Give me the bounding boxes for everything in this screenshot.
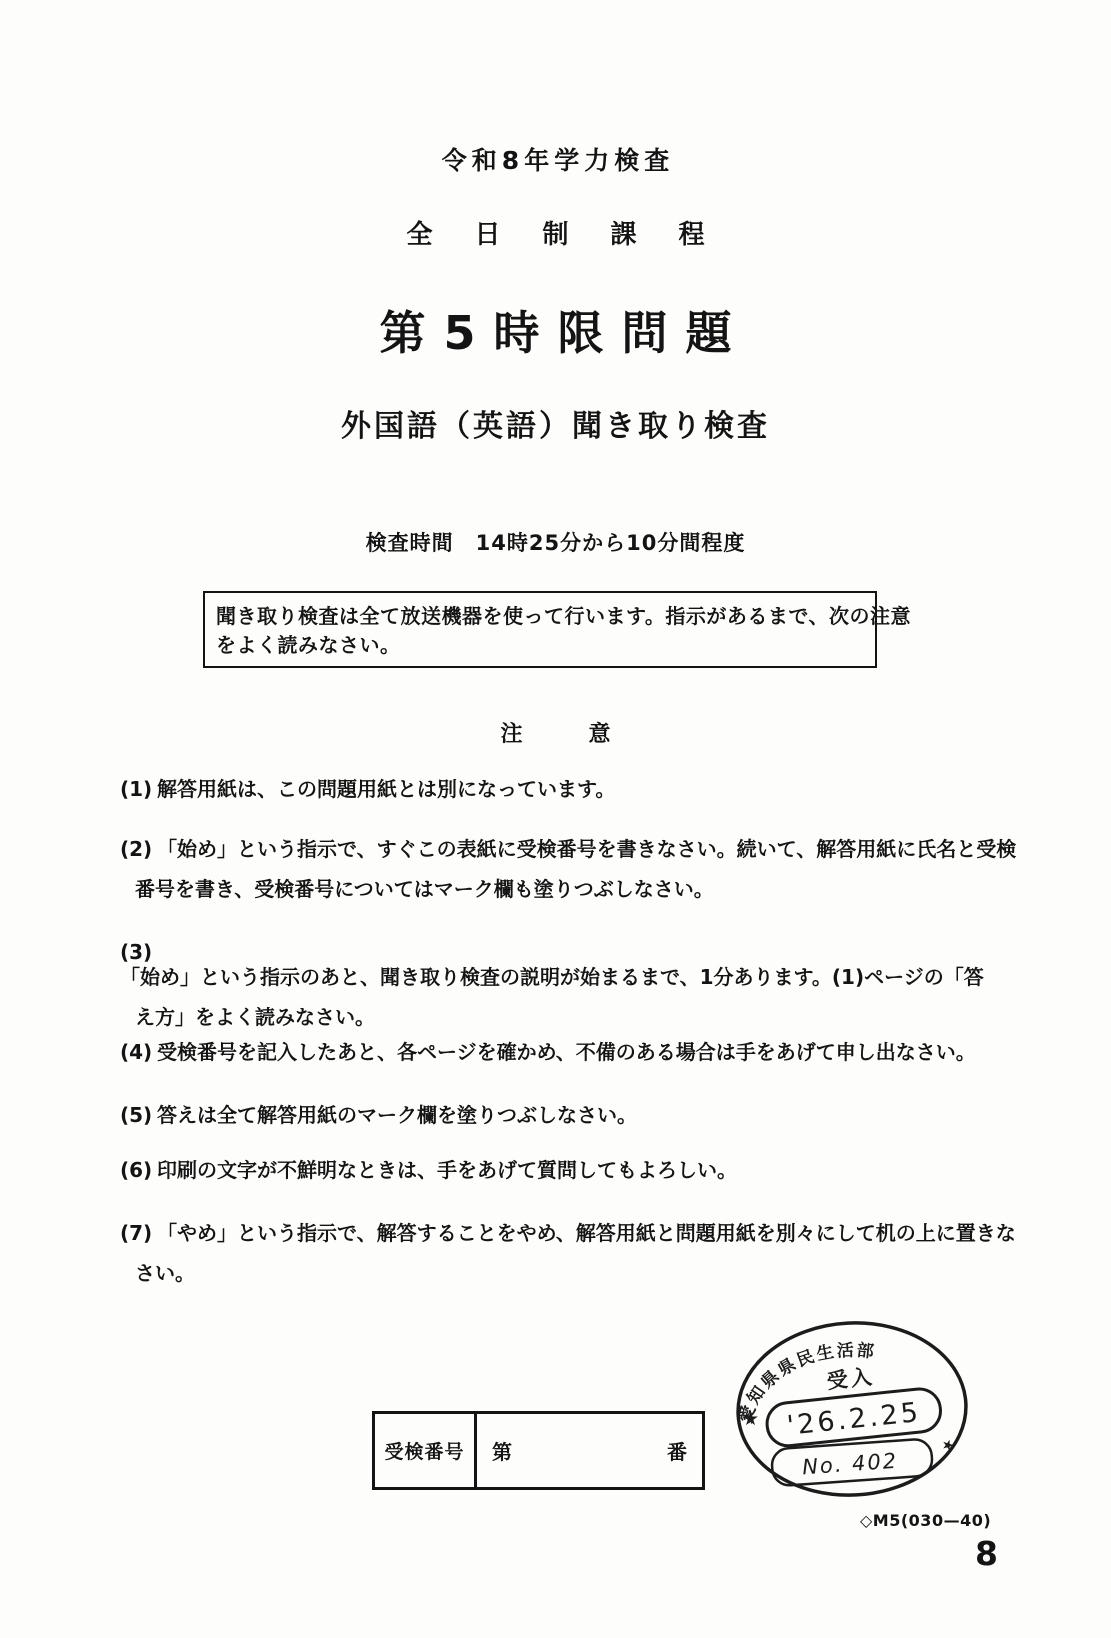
item-text: 解答用紙は、この問題用紙とは別になっています。 — [157, 777, 615, 801]
exam-number-suffix: 番 — [667, 1436, 687, 1465]
title-period: 第5時限問題 — [0, 297, 1111, 363]
title-year: 令和8年学力検査 — [0, 141, 1111, 177]
receipt-stamp: 愛知県県民生活部 ★ ★ 受入 '26.2.25 No. 402 — [728, 1310, 976, 1508]
notice-line-2: をよく読みなさい。 — [216, 631, 864, 660]
item-number: (7) — [120, 1221, 157, 1246]
notice-box: 聞き取り検査は全て放送機器を使って行います。指示があるまで、次の注意 をよく読み… — [203, 591, 877, 668]
item-number: (5) — [120, 1103, 157, 1128]
exam-number-field: 第 番 — [477, 1414, 702, 1487]
title-subject: 外国語（英語）聞き取り検査 — [0, 401, 1111, 445]
caution-item-6: (6)印刷の文字が不鮮明なときは、手をあげて質問してもよろしい。 — [120, 1158, 1020, 1183]
exam-number-prefix: 第 — [492, 1436, 512, 1465]
exam-number-label: 受検番号 — [375, 1414, 477, 1487]
stamp-received-label: 受入 — [826, 1365, 876, 1394]
star-icon: ★ — [742, 1408, 759, 1430]
star-icon: ★ — [939, 1436, 956, 1455]
caution-item-2: (2)「始め」という指示で、すぐこの表紙に受検番号を書きなさい。続いて、解答用紙… — [120, 837, 1020, 902]
caution-item-4: (4)受検番号を記入したあと、各ページを確かめ、不備のある場合は手をあげて申し出… — [120, 1040, 1020, 1065]
title-course: 全日制課程 — [0, 214, 1111, 251]
caution-heading: 注 意 — [0, 717, 1111, 748]
item-number: (1) — [120, 777, 157, 802]
exam-time-line: 検査時間 14時25分から10分間程度 — [0, 527, 1111, 557]
caution-item-1: (1)解答用紙は、この問題用紙とは別になっています。 — [120, 777, 1020, 802]
item-number: (4) — [120, 1040, 157, 1065]
item-number: (6) — [120, 1158, 157, 1183]
caution-item-3: (3)「始め」という指示のあと、聞き取り検査の説明が始まるまで、1分あります。(… — [120, 940, 1020, 1030]
stamp-number: No. 402 — [801, 1449, 898, 1480]
caution-item-5: (5)答えは全て解答用紙のマーク欄を塗りつぶしなさい。 — [120, 1103, 1020, 1128]
item-text: 「始め」という指示で、すぐこの表紙に受検番号を書きなさい。続いて、解答用紙に氏名… — [157, 837, 1016, 861]
item-text: 答えは全て解答用紙のマーク欄を塗りつぶしなさい。 — [157, 1103, 637, 1127]
item-text-continued: さい。 — [135, 1261, 1020, 1286]
page-number: 8 — [975, 1534, 998, 1573]
item-number: (3) — [120, 940, 157, 965]
item-text: 「やめ」という指示で、解答することをやめ、解答用紙と問題用紙を別々にして机の上に… — [157, 1221, 1016, 1245]
item-number: (2) — [120, 837, 157, 862]
item-text-continued: 番号を書き、受検番号についてはマーク欄も塗りつぶしなさい。 — [135, 877, 1020, 902]
item-text: 受検番号を記入したあと、各ページを確かめ、不備のある場合は手をあげて申し出なさい… — [157, 1040, 976, 1064]
caution-item-7: (7)「やめ」という指示で、解答することをやめ、解答用紙と問題用紙を別々にして机… — [120, 1221, 1020, 1286]
item-text-continued: え方」をよく読みなさい。 — [135, 1005, 1020, 1030]
print-code: ◇M5(030—40) — [860, 1511, 991, 1530]
item-text: 印刷の文字が不鮮明なときは、手をあげて質問してもよろしい。 — [157, 1158, 737, 1182]
exam-number-box: 受検番号 第 番 — [372, 1411, 705, 1490]
item-text: 「始め」という指示のあと、聞き取り検査の説明が始まるまで、1分あります。(1)ペ… — [120, 965, 984, 989]
notice-line-1: 聞き取り検査は全て放送機器を使って行います。指示があるまで、次の注意 — [216, 602, 864, 631]
